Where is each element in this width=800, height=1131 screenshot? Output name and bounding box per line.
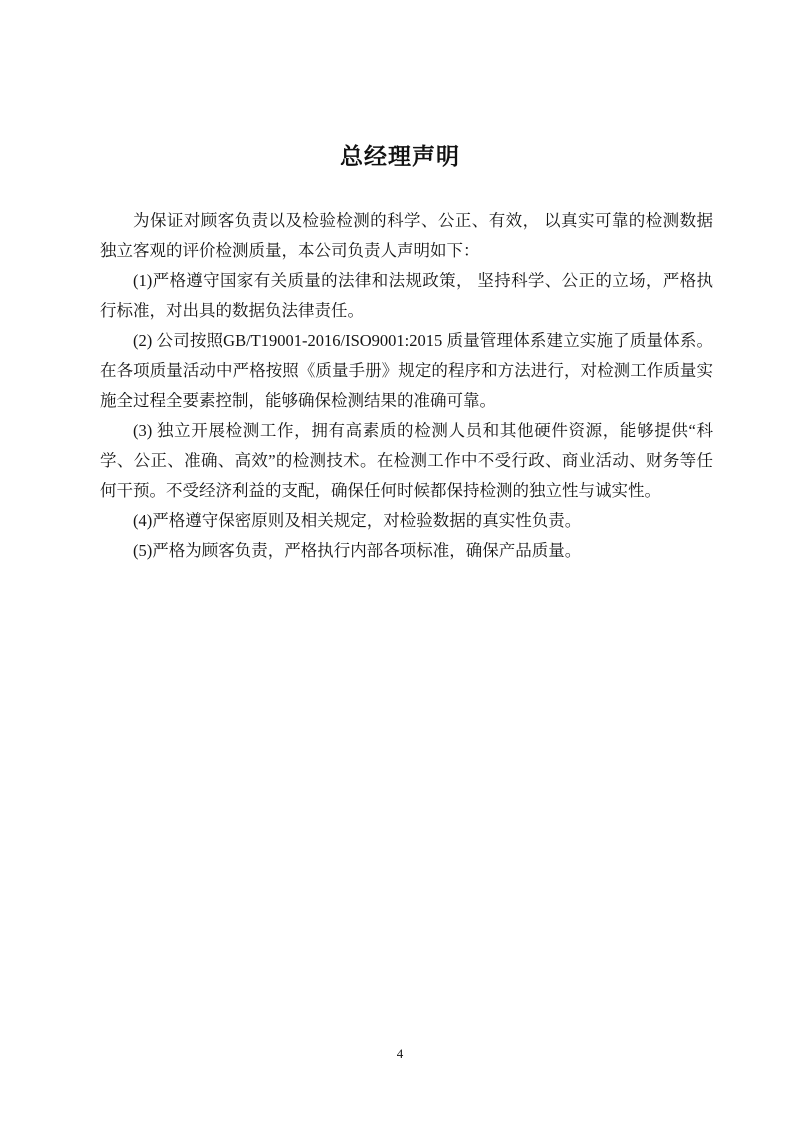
statement-item-4: (4)严格遵守保密原则及相关规定，对检验数据的真实性负责。 xyxy=(100,506,713,536)
statement-item-5: (5)严格为顾客负责，严格执行内部各项标准，确保产品质量。 xyxy=(100,536,713,566)
document-body: 为保证对顾客负责以及检验检测的科学、公正、有效， 以真实可靠的检测数据独立客观的… xyxy=(100,206,713,566)
document-title: 总经理声明 xyxy=(0,138,800,171)
intro-paragraph: 为保证对顾客负责以及检验检测的科学、公正、有效， 以真实可靠的检测数据独立客观的… xyxy=(100,206,713,266)
page-number: 4 xyxy=(0,1046,800,1062)
statement-item-2: (2) 公司按照GB/T19001-2016/ISO9001:2015 质量管理… xyxy=(100,326,713,416)
document-page: 总经理声明 为保证对顾客负责以及检验检测的科学、公正、有效， 以真实可靠的检测数… xyxy=(0,0,800,1131)
statement-item-3: (3) 独立开展检测工作，拥有高素质的检测人员和其他硬件资源，能够提供“科学、公… xyxy=(100,416,713,506)
statement-item-1: (1)严格遵守国家有关质量的法律和法规政策， 坚持科学、公正的立场，严格执行标准… xyxy=(100,266,713,326)
